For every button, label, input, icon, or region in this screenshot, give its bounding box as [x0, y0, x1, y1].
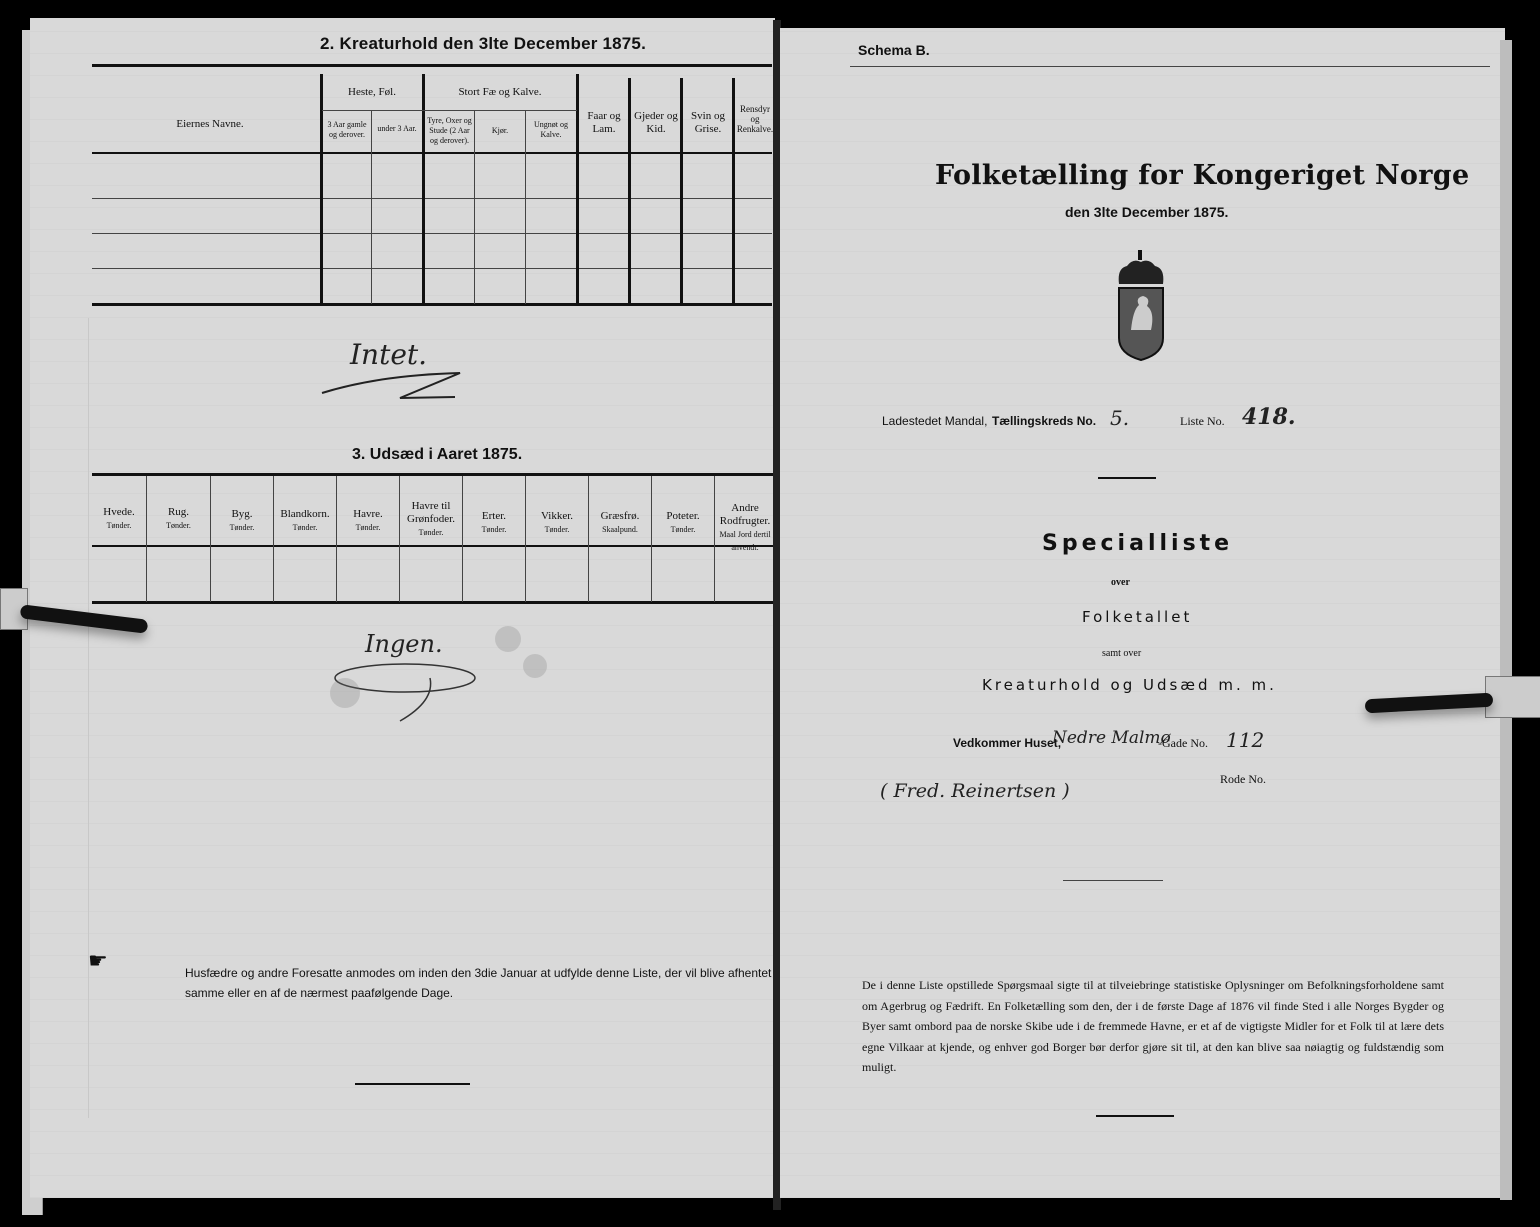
header-horses-under3: under 3 Aar. [372, 124, 422, 134]
header-rug: Rug.Tønder. [147, 506, 210, 532]
schema-label: Schema B. [858, 42, 930, 58]
header-cattle-cows: Kjør. [475, 126, 525, 136]
header-andre-rodfrugter: Andre Rodfrugter.Maal Jord dertil anvend… [715, 502, 775, 554]
info-text: De i denne Liste opstillede Spørgsmaal s… [862, 975, 1444, 1078]
tape-right [1485, 676, 1540, 718]
pointing-hand-icon: ☛ [88, 948, 108, 974]
place-label: Ladestedet Mandal, [882, 414, 987, 428]
col-divider [474, 110, 475, 304]
header-poteter: Poteter.Tønder. [652, 510, 714, 536]
stain [523, 654, 547, 678]
divider-rule [355, 1083, 470, 1085]
header-owner: Eiernes Navne. [100, 118, 320, 131]
header-havre: Havre.Tønder. [337, 508, 399, 534]
header-sheep: Faar og Lam. [579, 110, 629, 136]
header-reindeer: Rensdyr og Renkalve. [735, 104, 775, 134]
house-number-value[interactable]: 112 [1226, 728, 1264, 752]
header-graesfro: Græsfrø.Skaalpund. [589, 510, 651, 536]
left-page: 2. Kreaturhold den 3lte December 1875. E… [30, 18, 775, 1198]
table-rule [92, 601, 775, 604]
header-vikker: Vikker.Tønder. [526, 510, 588, 536]
right-page: Schema B. Folketælling for Kongeriget No… [780, 28, 1505, 1198]
census-date: den 3lte December 1875. [1065, 204, 1228, 220]
handwritten-flourish [320, 363, 490, 403]
rode-label: Rode No. [1220, 772, 1266, 787]
stain [495, 626, 521, 652]
header-blandkorn: Blandkorn.Tønder. [274, 508, 336, 534]
table-row-line [92, 268, 772, 269]
header-erter: Erter.Tønder. [463, 510, 525, 536]
page-edge-right [1500, 40, 1512, 1200]
section2-title: 2. Kreaturhold den 3lte December 1875. [320, 34, 646, 54]
table-rule [92, 303, 772, 306]
table-rule [92, 545, 775, 547]
table-row-line [92, 233, 772, 234]
header-pigs: Svin og Grise. [683, 110, 733, 136]
owner-value[interactable]: ( Fred. Reinertsen ) [880, 780, 1070, 802]
kreaturhold-label: Kreaturhold og Udsæd m. m. [982, 676, 1277, 694]
specialliste-heading: Specialliste [1042, 531, 1233, 556]
header-hvede: Hvede.Tønder. [92, 506, 146, 532]
bleed-through-text [38, 318, 89, 1118]
divider-rule [1063, 880, 1163, 881]
header-havre-gronfoder: Havre til Grønfoder.Tønder. [400, 500, 462, 539]
col-divider [422, 74, 425, 304]
col-divider [320, 74, 323, 304]
header-cattle: Stort Fæ og Kalve. [425, 86, 575, 99]
table-rule [92, 152, 772, 154]
handwritten-ingen: Ingen. [365, 630, 443, 658]
header-goats: Gjeder og Kid. [631, 110, 681, 136]
col-divider [576, 74, 579, 304]
divider-rule [1098, 477, 1156, 479]
divider-rule [1096, 1115, 1174, 1117]
folketallet-label: Folketallet [1082, 608, 1192, 626]
table-rule [92, 64, 772, 67]
district-value[interactable]: 5. [1110, 406, 1129, 430]
census-title: Folketælling for Kongeriget Norge [935, 160, 1469, 191]
norwegian-coat-of-arms-icon [1113, 250, 1169, 362]
header-horses: Heste, Føl. [322, 86, 422, 99]
header-horses-3plus: 3 Aar gamle og derover. [323, 120, 371, 140]
header-cattle-bulls: Tyre, Oxer og Stude (2 Aar og derover). [425, 116, 474, 146]
list-value[interactable]: 418. [1242, 404, 1296, 430]
district-label: Tællingskreds No. [992, 414, 1096, 428]
col-divider [371, 110, 372, 304]
stain [330, 678, 360, 708]
list-label: Liste No. [1180, 414, 1225, 429]
table-rule [92, 473, 775, 476]
samt-over-label: samt over [1102, 648, 1141, 659]
over-label: over [1111, 577, 1130, 588]
house-label: Vedkommer Huset, [953, 736, 1061, 750]
street-label: -Gade No. [1158, 736, 1208, 751]
subheader-line [322, 110, 577, 111]
section3-title: 3. Udsæd i Aaret 1875. [352, 446, 522, 464]
header-rule [850, 66, 1490, 67]
street-value[interactable]: Nedre Malmø [1052, 728, 1171, 748]
header-cattle-young: Ungnøt og Kalve. [526, 120, 576, 140]
notice-text: Husfædre og andre Foresatte anmodes om i… [185, 963, 775, 1003]
table-row-line [92, 198, 772, 199]
header-byg: Byg.Tønder. [211, 508, 273, 534]
